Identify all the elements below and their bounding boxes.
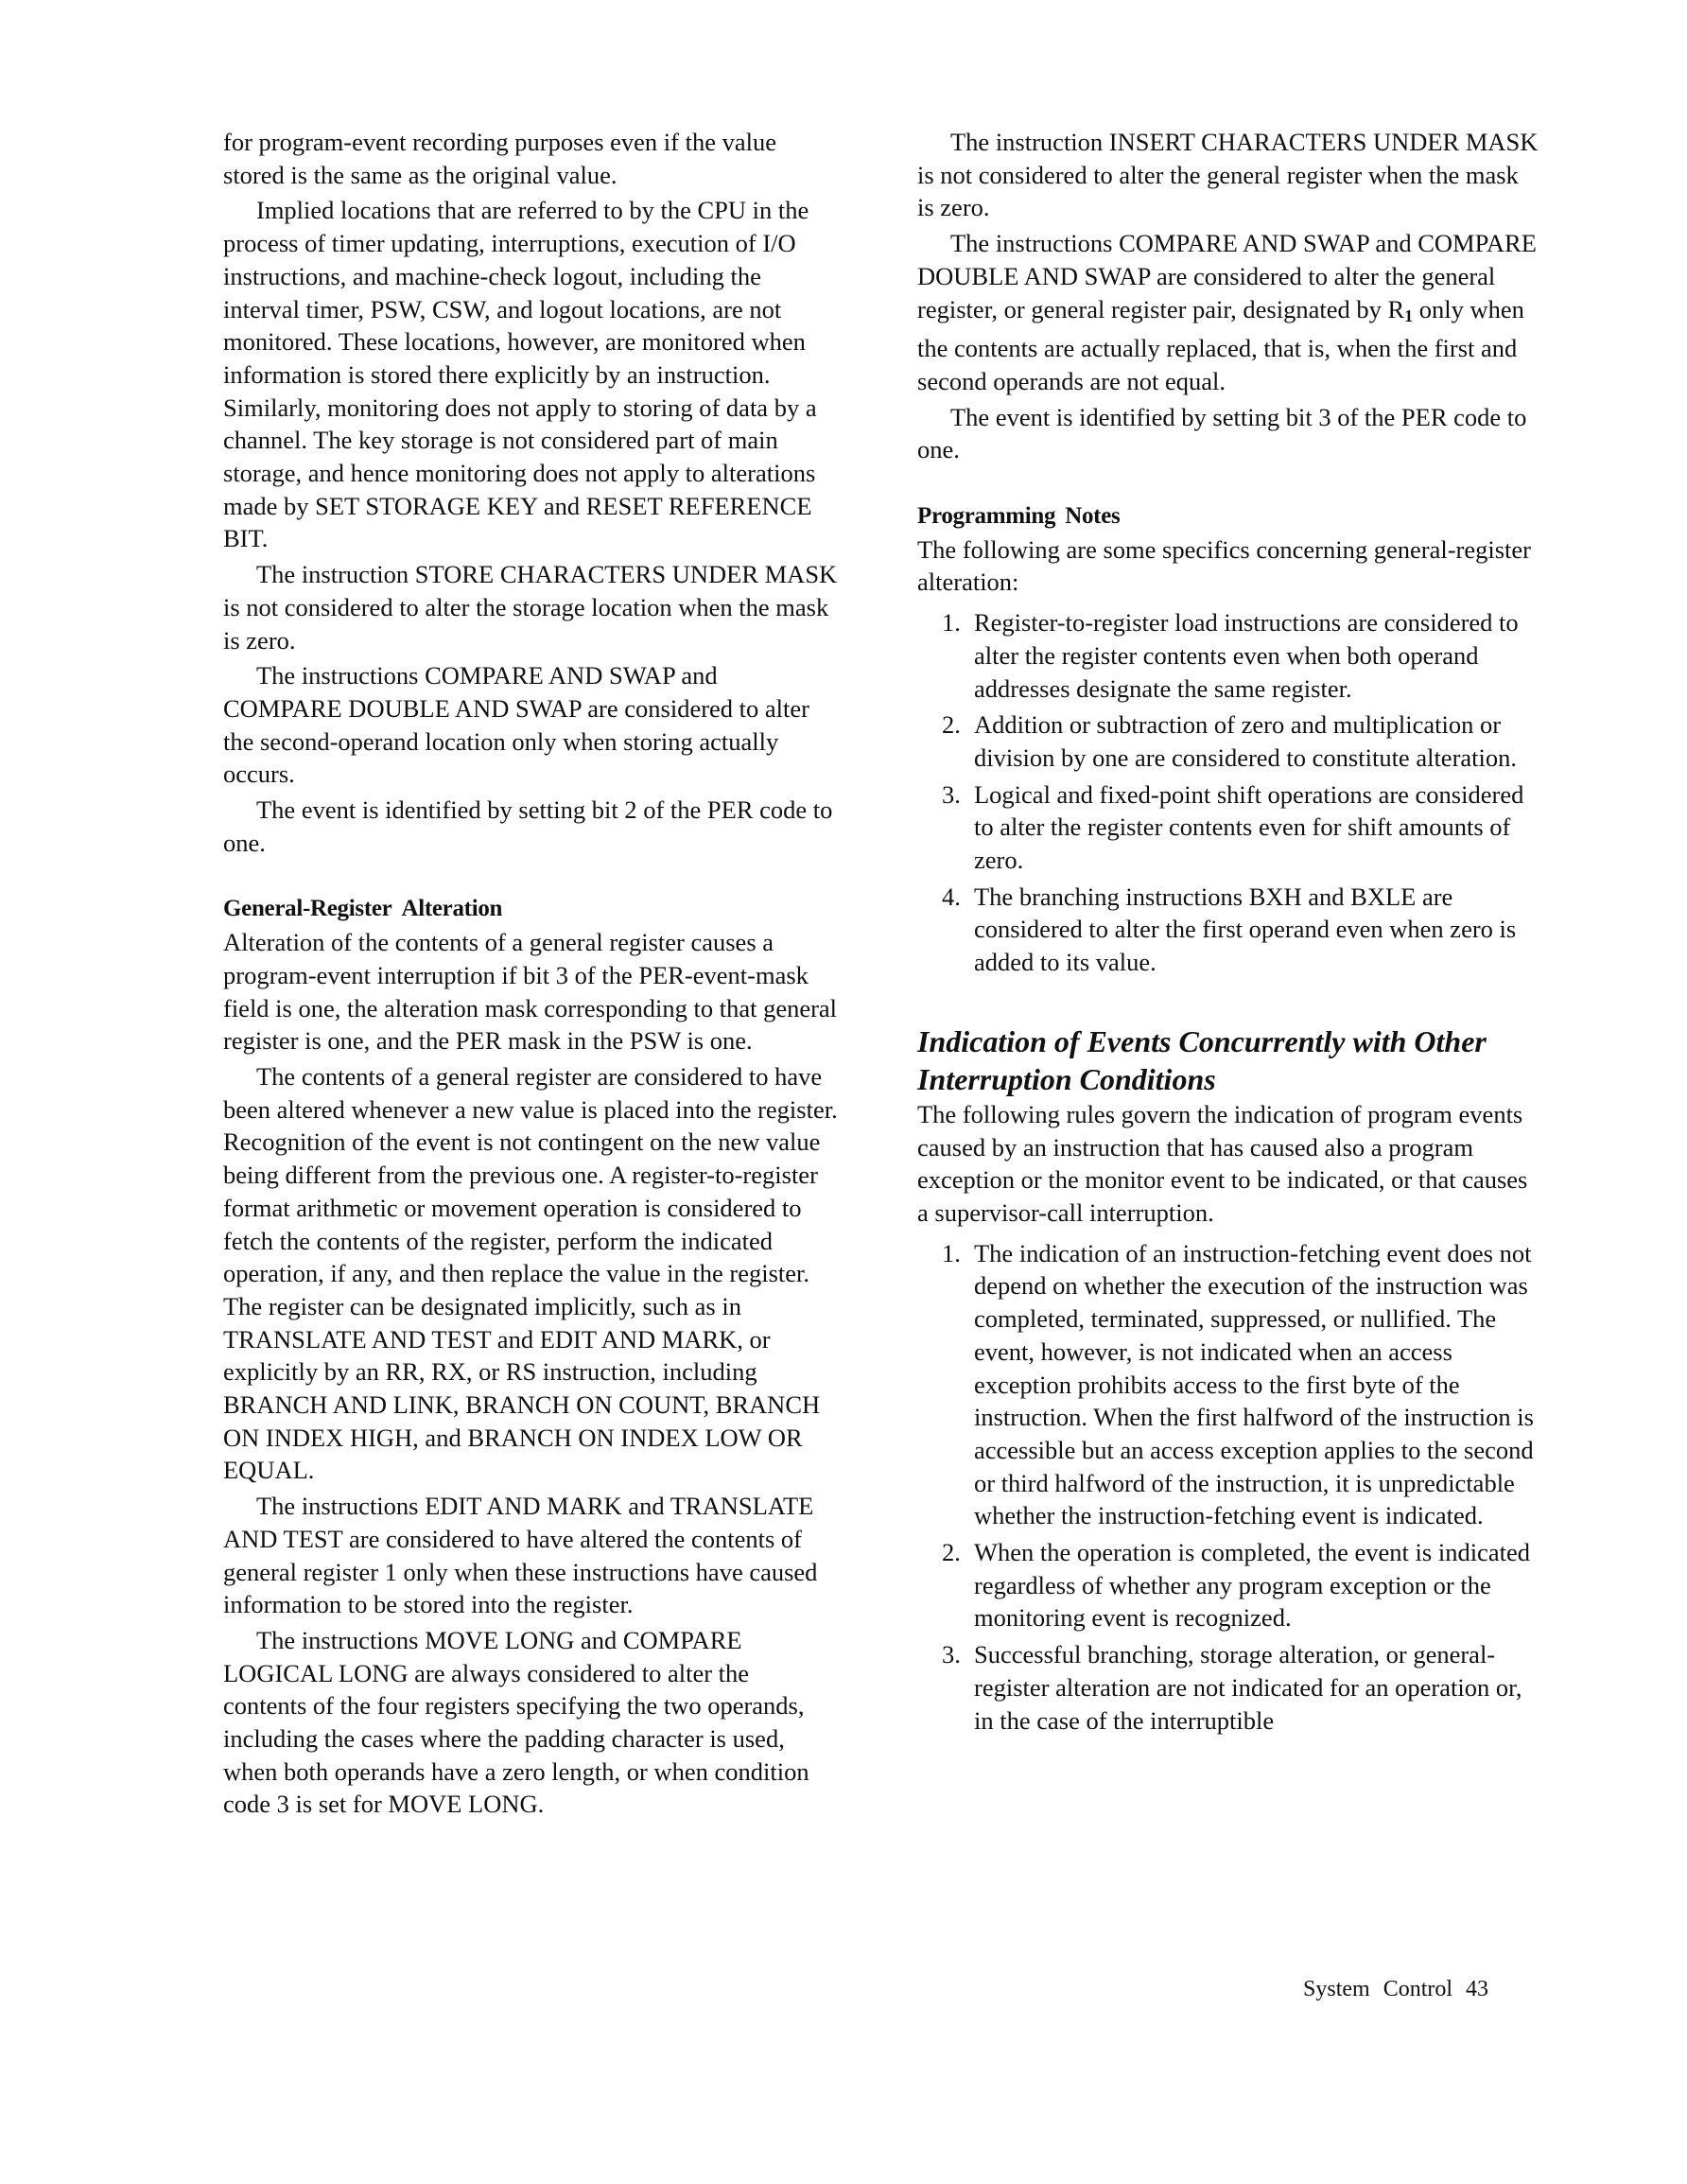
list-item: 3.Logical and fixed-point shift operatio…	[917, 778, 1541, 877]
list-text: Addition or subtraction of zero and mult…	[974, 710, 1517, 772]
paragraph: The event is identified by setting bit 3…	[917, 401, 1541, 466]
list-text: Logical and fixed-point shift operations…	[974, 780, 1523, 874]
paragraph: The event is identified by setting bit 2…	[223, 794, 838, 859]
list-number: 3.	[942, 1638, 961, 1671]
subheading-programming-notes: ProgrammingNotes	[917, 500, 1541, 533]
paragraph: for program-event recording purposes eve…	[223, 126, 838, 191]
subheading-word: General-Register	[223, 896, 391, 921]
footer-section-label: System	[1303, 1977, 1370, 2001]
paragraph: The instructions MOVE LONG and COMPARE L…	[223, 1624, 838, 1821]
subheading-general-register-alteration: General-RegisterAlteration	[223, 893, 838, 926]
list-text: Successful branching, storage alteration…	[974, 1640, 1522, 1734]
subheading-word: Programming	[917, 503, 1055, 529]
list-item: 2.When the operation is completed, the e…	[917, 1536, 1541, 1634]
list-number: 2.	[942, 708, 961, 742]
paragraph: The instruction STORE CHARACTERS UNDER M…	[223, 558, 838, 656]
list-number: 2.	[942, 1536, 961, 1569]
right-column: The instruction INSERT CHARACTERS UNDER …	[917, 126, 1541, 1740]
paragraph: Alteration of the contents of a general …	[223, 926, 838, 1057]
list-number: 3.	[942, 778, 961, 812]
rules-list: 1.The indication of an instruction-fetch…	[917, 1237, 1541, 1738]
paragraph: Implied locations that are referred to b…	[223, 194, 838, 555]
paragraph: The following rules govern the indicatio…	[917, 1098, 1541, 1230]
paragraph: The instructions COMPARE AND SWAP and CO…	[917, 227, 1541, 398]
list-number: 1.	[942, 1237, 961, 1270]
section-heading: Indication of Events Concurrently with O…	[917, 1022, 1541, 1098]
subheading-word: Notes	[1065, 503, 1120, 529]
list-number: 4.	[942, 881, 961, 914]
list-item: 2.Addition or subtraction of zero and mu…	[917, 708, 1541, 774]
list-item: 4.The branching instructions BXH and BXL…	[917, 881, 1541, 979]
subheading-word: Alteration	[401, 896, 502, 921]
programming-notes-list: 1.Register-to-register load instructions…	[917, 606, 1541, 979]
paragraph: The instructions EDIT AND MARK and TRANS…	[223, 1490, 838, 1621]
paragraph: The instructions COMPARE AND SWAP and CO…	[223, 659, 838, 791]
page-number: 43	[1466, 1977, 1488, 2001]
paragraph: The instruction INSERT CHARACTERS UNDER …	[917, 126, 1541, 224]
list-item: 3.Successful branching, storage alterati…	[917, 1638, 1541, 1737]
paragraph: The following are some specifics concern…	[917, 533, 1541, 599]
list-text: Register-to-register load instructions a…	[974, 608, 1519, 702]
list-text: The indication of an instruction-fetchin…	[974, 1239, 1534, 1530]
list-item: 1.Register-to-register load instructions…	[917, 606, 1541, 705]
left-column: for program-event recording purposes eve…	[223, 126, 838, 1821]
list-text: The branching instructions BXH and BXLE …	[974, 882, 1516, 976]
document-page: for program-event recording purposes eve…	[0, 0, 1687, 2184]
paragraph: The contents of a general register are c…	[223, 1060, 838, 1487]
list-item: 1.The indication of an instruction-fetch…	[917, 1237, 1541, 1532]
footer-section-label: Control	[1383, 1977, 1452, 2001]
subscript: 1	[1404, 306, 1413, 325]
page-footer: SystemControl43	[1303, 1977, 1502, 2002]
list-text: When the operation is completed, the eve…	[974, 1538, 1530, 1632]
list-number: 1.	[942, 606, 961, 639]
